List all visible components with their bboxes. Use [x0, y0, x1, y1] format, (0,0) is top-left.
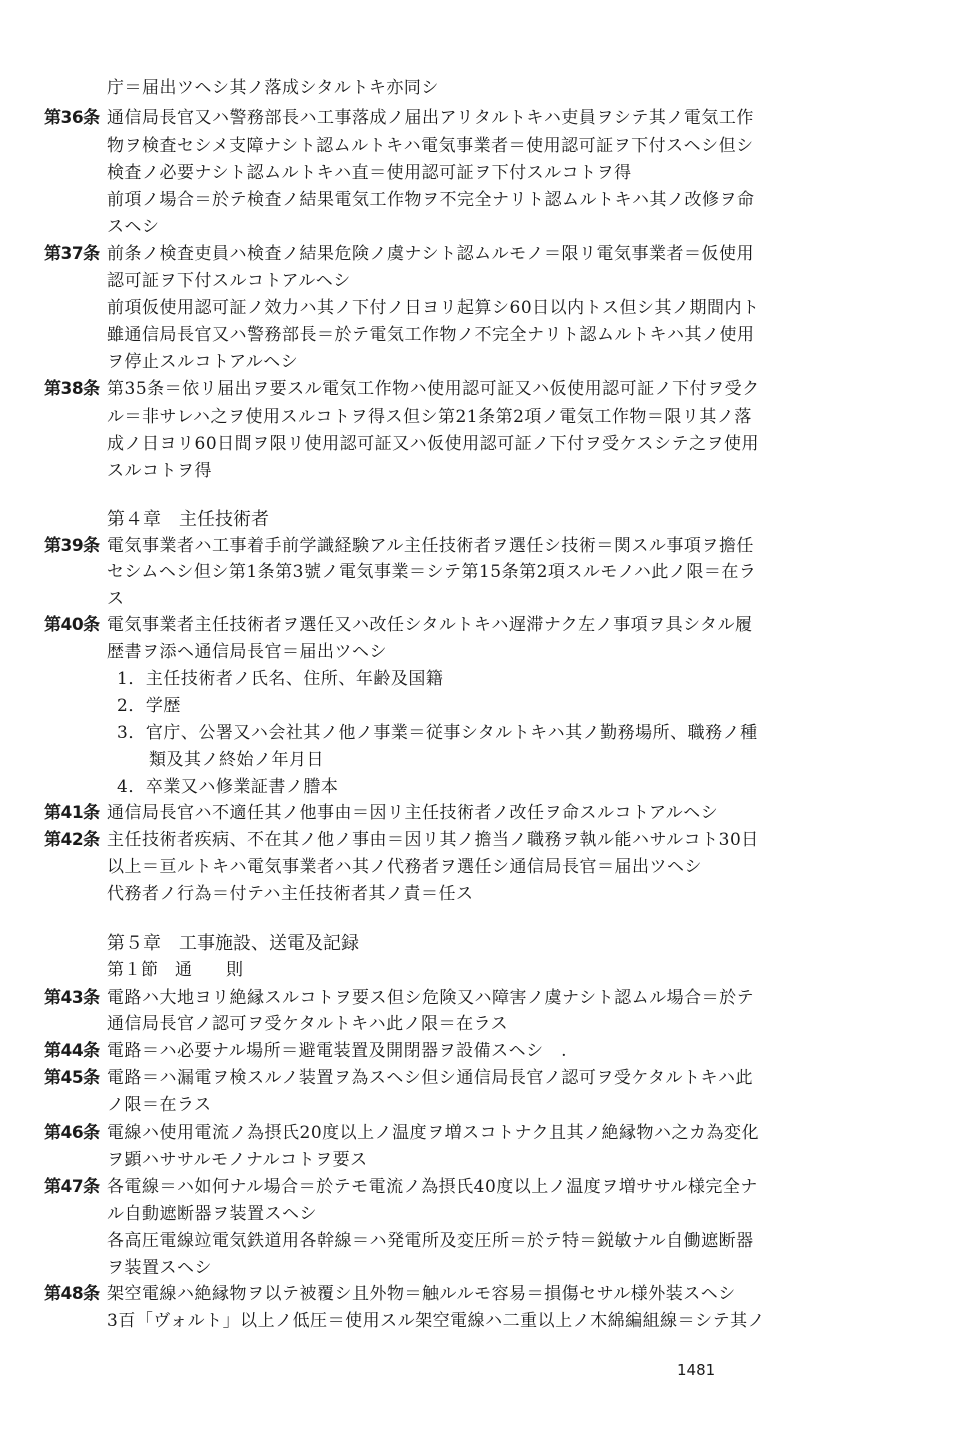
article-37-line: 前項仮使用認可証ノ效力ハ其ノ下付ノ日ヨリ起算シ60日以内トス但シ其ノ期間内ト — [107, 297, 759, 319]
article-44-label: 第44条 — [44, 1040, 100, 1062]
article-39-label: 第39条 — [44, 535, 100, 557]
article-47-line: ル自動遮断器ヲ装置スヘシ — [107, 1203, 317, 1225]
article-37-line: 雖通信局長官又ハ警務部長＝於テ電気工作物ノ不完全ナリト認ムルトキハ其ノ使用 — [107, 324, 755, 346]
article-37-line: ヲ停止スルコトアルヘシ — [107, 351, 298, 373]
article-36-line: 通信局長官又ハ警務部長ハ工事落成ノ届出アリタルトキハ吏員ヲシテ其ノ電気工作 — [107, 107, 754, 129]
article-39-line: 電気事業者ハ工事着手前学識経験アル主任技術者ヲ選任シ技術＝関スル事項ヲ擔任 — [107, 535, 754, 557]
article-36-line: 前項ノ場合＝於テ検査ノ結果電気工作物ヲ不完全ナリト認ムルトキハ其ノ改修ヲ命 — [107, 189, 755, 211]
document-page: 庁＝届出ツヘシ其ノ落成シタルトキ亦同シ 第36条 通信局長官又ハ警務部長ハ工事落… — [0, 0, 980, 1440]
article-47-line: 各電線＝ハ如何ナル場合＝於テモ電流ノ為摂氏40度以上ノ温度ヲ増ササル様完全ナ — [107, 1176, 758, 1198]
article-39-line: セシムヘシ但シ第1条第3號ノ電気事業＝シテ第15条第2項スルモノハ此ノ限＝在ラ — [107, 561, 756, 583]
page-number: 1481 — [677, 1361, 715, 1379]
article-48-line: 3百「ヴォルト」以上ノ低圧＝使用スル架空電線ハ二重以上ノ木綿編組線＝シテ其ノ — [107, 1310, 765, 1332]
chapter-5-heading: 第５章 工事施設、送電及記録 — [107, 933, 359, 955]
article-46-label: 第46条 — [44, 1122, 100, 1144]
article-45-line: ノ限＝在ラス — [107, 1094, 212, 1116]
article-40-label: 第40条 — [44, 614, 100, 636]
article-39-line: ス — [107, 588, 125, 610]
article-40-item: 2．学歴 — [117, 695, 181, 717]
article-46-line: ヲ顕ハササルモノナルコトヲ要ス — [107, 1149, 368, 1171]
article-40-item: 3．官庁、公署又ハ会社其ノ他ノ事業＝従事シタルトキハ其ノ勤務場所、職務ノ種 — [117, 722, 758, 744]
article-42-label: 第42条 — [44, 829, 100, 851]
article-41-label: 第41条 — [44, 802, 100, 824]
article-38-line: 成ノ日ヨリ60日間ヲ限リ使用認可証又ハ仮使用認可証ノ下付ヲ受ケスシテ之ヲ使用 — [107, 433, 759, 455]
article-47-label: 第47条 — [44, 1176, 100, 1198]
article-38-label: 第38条 — [44, 378, 100, 400]
article-46-line: 電線ハ使用電流ノ為摂氏20度以上ノ温度ヲ増スコトナク且其ノ絶縁物ハ之カ為変化 — [107, 1122, 759, 1144]
article-41-line: 通信局長官ハ不適任其ノ他事由＝因リ主任技術者ノ改任ヲ命スルコトアルヘシ — [107, 802, 718, 824]
article-48-label: 第48条 — [44, 1283, 100, 1305]
article-47-line: ヲ装置スヘシ — [107, 1257, 212, 1279]
article-43-line: 通信局長官ノ認可ヲ受ケタルトキハ此ノ限＝在ラス — [107, 1013, 508, 1035]
article-42-line: 以上＝亘ルトキハ電気事業者ハ其ノ代務者ヲ選任シ通信局長官＝届出ツヘシ — [107, 856, 702, 878]
article-42-line: 代務者ノ行為＝付テハ主任技術者其ノ責＝任ス — [107, 883, 473, 905]
article-40-item: 1．主任技術者ノ氏名、住所、年齢及国籍 — [117, 668, 443, 690]
article-40-line: 電気事業者主任技術者ヲ選任又ハ改任シタルトキハ遅滞ナク左ノ事項ヲ具シタル履 — [107, 614, 752, 636]
article-37-line: 前条ノ検査吏員ハ検査ノ結果危険ノ虞ナシト認ムルモノ＝限リ電気事業者＝仮使用 — [107, 243, 754, 265]
article-44-line: 電路＝ハ必要ナル場所＝避電装置及開閉器ヲ設備スヘシ . — [107, 1040, 567, 1062]
article-36-line: 物ヲ検査セシメ支障ナシト認ムルトキハ電気事業者＝使用認可証ヲ下付スヘシ但シ — [107, 135, 754, 157]
article-45-line: 電路＝ハ漏電ヲ検スルノ装置ヲ為スヘシ但シ通信局長官ノ認可ヲ受ケタルトキハ此 — [107, 1067, 753, 1089]
article-38-line: スルコトヲ得 — [107, 460, 212, 482]
article-37-label: 第37条 — [44, 243, 100, 265]
article-40-item: 類及其ノ終始ノ年月日 — [149, 749, 324, 771]
article-45-label: 第45条 — [44, 1067, 100, 1089]
article-43-line: 電路ハ大地ヨリ絶縁スルコトヲ要ス但シ危険又ハ障害ノ虞ナシト認ムル場合＝於テ — [107, 987, 754, 1009]
article-47-line: 各高圧電線竝電気鉄道用各幹線＝ハ発電所及変圧所＝於テ特＝鋭敏ナル自働遮断器 — [107, 1230, 754, 1252]
article-43-label: 第43条 — [44, 987, 100, 1009]
article-38-line: ル＝非サレハ之ヲ使用スルコトヲ得ス但シ第21条第2項ノ電気工作物＝限リ其ノ落 — [107, 406, 752, 428]
article-40-line: 歴書ヲ添ヘ通信局長官＝届出ツヘシ — [107, 641, 387, 663]
article-38-line: 第35条＝依リ届出ヲ要スル電気工作物ハ使用認可証又ハ仮使用認可証ノ下付ヲ受ク — [107, 378, 760, 400]
article-42-line: 主任技術者疾病、不在其ノ他ノ事由＝因リ其ノ擔当ノ職務ヲ執ル能ハサルコト30日 — [107, 829, 759, 851]
article-36-label: 第36条 — [44, 107, 100, 129]
article-36-line: スヘシ — [107, 216, 160, 238]
section-1-heading: 第１節 通 則 — [107, 959, 243, 981]
article-40-item: 4．卒業又ハ修業証書ノ謄本 — [117, 776, 338, 798]
continuation-text: 庁＝届出ツヘシ其ノ落成シタルトキ亦同シ — [107, 77, 439, 99]
article-37-line: 認可証ヲ下付スルコトアルヘシ — [107, 270, 351, 292]
article-48-line: 架空電線ハ絶縁物ヲ以テ被覆シ且外物＝触ルルモ容易＝損傷セサル様外装スヘシ — [107, 1283, 736, 1305]
chapter-4-heading: 第４章 主任技術者 — [107, 509, 269, 531]
article-36-line: 検査ノ必要ナシト認ムルトキハ直＝使用認可証ヲ下付スルコトヲ得 — [107, 162, 632, 184]
